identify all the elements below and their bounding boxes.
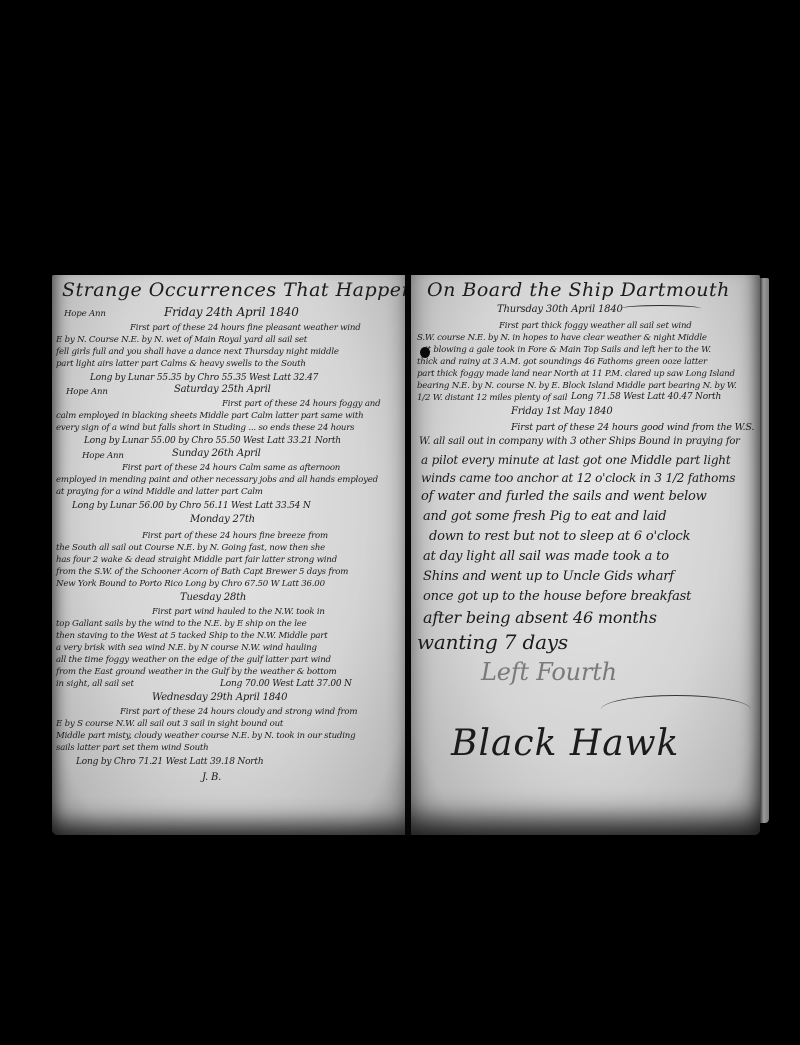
entry-date: Monday 27th xyxy=(190,515,255,525)
entry-line: part light airs latter part Calms & heav… xyxy=(56,359,306,369)
entry-line: S.W. course N.E. by N. in hopes to have … xyxy=(417,333,707,343)
entry-line: top Gallant sails by the wind to the N.E… xyxy=(56,619,307,629)
entry-line: of water and furled the sails and went b… xyxy=(421,489,707,504)
left-page: Strange Occurrences That Happens Hope An… xyxy=(52,275,405,835)
ink-blot xyxy=(420,347,430,358)
entry-position: Long 71.58 West Latt 40.47 North xyxy=(571,392,721,402)
entry-line: part thick foggy made land near North at… xyxy=(417,369,735,379)
entry-position: Long 70.00 West Latt 37.00 N xyxy=(220,679,352,689)
back-page-edge xyxy=(760,278,769,823)
entry-position: Long by Lunar 56.00 by Chro 56.11 West L… xyxy=(72,501,311,511)
entry-line: from the East ground weather in the Gulf… xyxy=(56,667,336,677)
entry-line: Middle part misty, cloudy weather course… xyxy=(56,731,355,741)
entry-line: First part of these 24 hours cloudy and … xyxy=(120,707,357,717)
entry-line: at praying for a wind Middle and latter … xyxy=(56,487,263,497)
entry-line: bearing N.E. by N. course N. by E. Block… xyxy=(417,381,737,391)
entry-position: Long by Lunar 55.35 by Chro 55.35 West L… xyxy=(90,373,318,383)
entry-line: calm employed in blacking sheets Middle … xyxy=(56,411,363,421)
entry-line: E by N. Course N.E. by N. wet of Main Ro… xyxy=(56,335,307,345)
entry-line: wanting 7 days xyxy=(417,631,568,653)
right-page: On Board the Ship Dartmouth Thursday 30t… xyxy=(411,275,760,835)
title-underline-flourish xyxy=(621,305,701,312)
entry-line: First part of these 24 hours foggy and xyxy=(222,399,380,409)
entry-line: a very brisk with sea wind N.E. by N cou… xyxy=(56,643,317,653)
entry-line: W. all sail out in company with 3 other … xyxy=(419,437,740,447)
entry-position: Long by Chro 71.21 West Latt 39.18 North xyxy=(76,757,263,767)
entry-line: the South all sail out Course N.E. by N.… xyxy=(56,543,325,553)
entry-line: and got some fresh Pig to eat and laid xyxy=(423,509,666,524)
entry-line: fell girls full and you shall have a dan… xyxy=(56,347,339,357)
entry-date: Friday 1st May 1840 xyxy=(511,407,612,417)
entry-line: in sight, all sail set xyxy=(56,679,134,689)
signature-flourish xyxy=(601,695,751,724)
entry-line: at day light all sail was made took a to xyxy=(423,549,669,564)
entry-line: New York Bound to Porto Rico Long by Chr… xyxy=(56,579,325,589)
faint-closing-text: Left Fourth xyxy=(481,667,617,677)
entry-line: has four 2 wake & dead straight Middle p… xyxy=(56,555,337,565)
entry-line: First part of these 24 hours fine pleasa… xyxy=(130,323,361,333)
entry-line: all the time foggy weather on the edge o… xyxy=(56,655,331,665)
entry-position: Long by Lunar 55.00 by Chro 55.50 West L… xyxy=(84,436,341,446)
footer-initials: J. B. xyxy=(202,773,221,783)
entry-line: it blowing a gale took in Fore & Main To… xyxy=(425,345,711,355)
entry-date: Friday 24th April 1840 xyxy=(164,307,299,317)
entry-date: Saturday 25th April xyxy=(174,385,271,395)
manuscript-spread: Strange Occurrences That Happens Hope An… xyxy=(0,0,800,1045)
entry-date: Wednesday 29th April 1840 xyxy=(152,693,287,703)
entry-line: then staving to the West at 5 tacked Shi… xyxy=(56,631,327,641)
entry-margin-note: Hope Ann xyxy=(66,387,108,397)
entry-date: Sunday 26th April xyxy=(172,449,261,459)
entry-line: First part of these 24 hours good wind f… xyxy=(511,423,754,433)
entry-line: First part of these 24 hours fine breeze… xyxy=(142,531,328,541)
entry-date: Thursday 30th April 1840 xyxy=(497,305,623,315)
entry-line: First part of these 24 hours Calm same a… xyxy=(122,463,340,473)
entry-line: thick and rainy at 3 A.M. got soundings … xyxy=(417,357,707,367)
entry-line: First part thick foggy weather all sail … xyxy=(499,321,692,331)
entry-line: a pilot every minute at last got one Mid… xyxy=(421,453,730,467)
left-page-title: Strange Occurrences That Happens xyxy=(62,281,405,299)
right-page-title: On Board the Ship Dartmouth xyxy=(427,281,730,299)
entry-line: winds came too anchor at 12 o'clock in 3… xyxy=(421,471,735,485)
entry-margin-note: Hope Ann xyxy=(64,309,106,319)
entry-line: from the S.W. of the Schooner Acorn of B… xyxy=(56,567,348,577)
entry-line: Shins and went up to Uncle Gids wharf xyxy=(423,569,674,584)
entry-line: E by S course N.W. all sail out 3 sail i… xyxy=(56,719,283,729)
entry-line: 1/2 W. distant 12 miles plenty of sail xyxy=(417,393,567,403)
entry-line: every sign of a wind but falls short in … xyxy=(56,423,354,433)
entry-line: First part wind hauled to the N.W. took … xyxy=(152,607,325,617)
entry-line: after being absent 46 months xyxy=(423,609,657,627)
entry-line: employed in mending paint and other nece… xyxy=(56,475,378,485)
entry-line: once got up to the house before breakfas… xyxy=(423,589,691,604)
entry-date: Tuesday 28th xyxy=(180,593,246,603)
entry-margin-note: Hope Ann xyxy=(82,451,124,461)
entry-line: down to rest but not to sleep at 6 o'clo… xyxy=(429,529,690,544)
signature: Black Hawk xyxy=(451,725,679,763)
entry-line: sails latter part set them wind South xyxy=(56,743,209,753)
